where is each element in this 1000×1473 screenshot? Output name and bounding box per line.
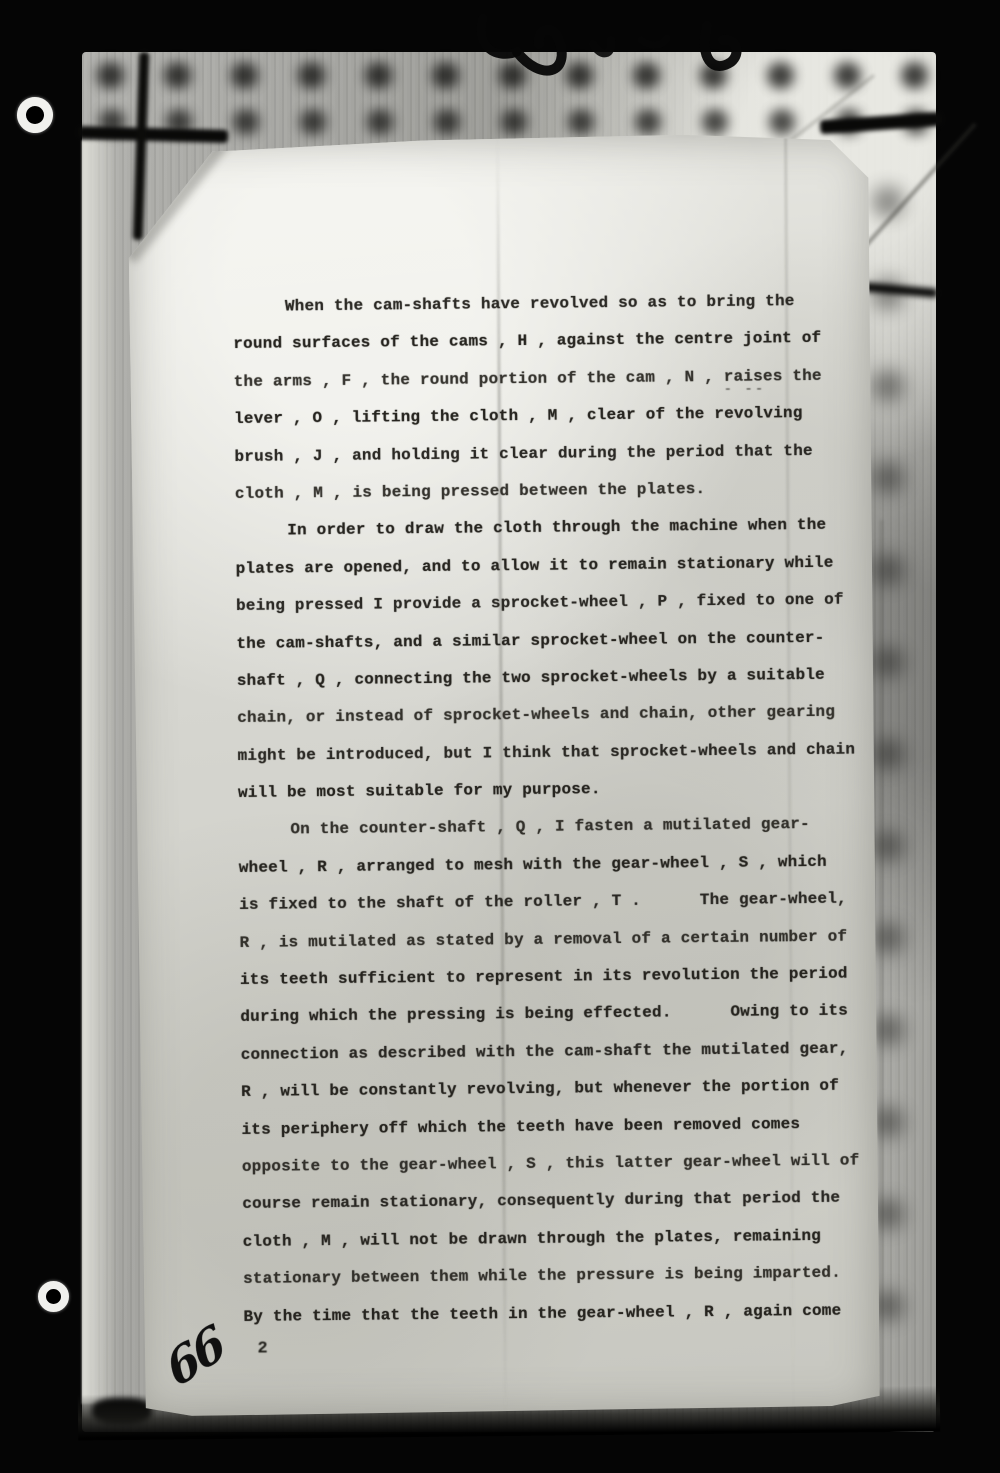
typed-line: the arms , F , the round portion of the …	[234, 357, 864, 401]
pegboard-dot	[298, 62, 325, 89]
typed-line: In order to draw the cloth through the m…	[235, 507, 865, 551]
pegboard-dot	[872, 370, 904, 402]
typed-line: the cam-shafts, and a similar sprocket-w…	[236, 619, 866, 663]
pegboard-dot	[233, 109, 259, 135]
pegboard-dot	[872, 186, 904, 218]
pegboard-dot	[97, 62, 124, 89]
handwritten-frame-number: 66	[159, 1316, 232, 1399]
pegboard-dot	[568, 109, 594, 135]
pegboard-dot	[872, 646, 904, 678]
punch-hole-top	[14, 94, 57, 137]
pegboard-dot	[434, 109, 460, 135]
pegboard-dot	[702, 109, 728, 135]
handwriting-scribble-icon	[455, 0, 765, 95]
typed-text-block: When the cam-shafts have revolved so as …	[233, 282, 874, 1335]
pegboard-dot	[872, 922, 904, 954]
typed-line: course remain stationary, consequently d…	[242, 1180, 872, 1224]
typed-line: By the time that the teeth in the gear-w…	[243, 1292, 873, 1336]
pegboard-dot	[767, 62, 794, 89]
typed-line: being pressed I provide a sprocket-wheel…	[236, 582, 866, 626]
pegboard-dot	[769, 109, 795, 135]
typed-line: On the counter-shaft , Q , I fasten a mu…	[238, 806, 868, 850]
pegboard-dot	[872, 1014, 904, 1046]
pegboard-dot	[872, 738, 904, 770]
pegboard-dot	[635, 109, 661, 135]
pegboard-dot	[834, 62, 861, 89]
board-left-edge-highlight	[82, 140, 118, 1404]
typed-line: connection as described with the cam-sha…	[241, 1030, 871, 1074]
typed-line: R , will be constantly revolving, but wh…	[241, 1068, 871, 1112]
pegboard-dot	[365, 62, 392, 89]
typed-line: When the cam-shafts have revolved so as …	[233, 282, 863, 326]
fabric-fold-line-3	[880, 520, 883, 1400]
pegboard-dot	[367, 109, 393, 135]
pegboard-dot	[872, 462, 904, 494]
typed-line: might be introduced, but I think that sp…	[237, 731, 867, 775]
document-page: When the cam-shafts have revolved so as …	[124, 134, 880, 1421]
typed-overstrike-marks: - --	[724, 381, 766, 397]
pegboard-dot	[872, 554, 904, 586]
typed-line: cloth , M , is being pressed between the…	[235, 469, 865, 513]
pegboard-dot	[300, 109, 326, 135]
microfilm-scan: When the cam-shafts have revolved so as …	[0, 0, 1000, 1473]
page-catchword: 2	[257, 1339, 267, 1358]
pegboard-dot	[164, 62, 191, 89]
punch-hole-bottom	[38, 1281, 69, 1312]
pegboard-dot	[231, 62, 258, 89]
pegboard-dot	[501, 109, 527, 135]
typed-line: R , is mutilated as stated by a removal …	[239, 918, 869, 962]
pegboard-dot	[901, 62, 928, 89]
pegboard-dot	[872, 830, 904, 862]
typed-line: stationary between them while the pressu…	[243, 1255, 873, 1299]
